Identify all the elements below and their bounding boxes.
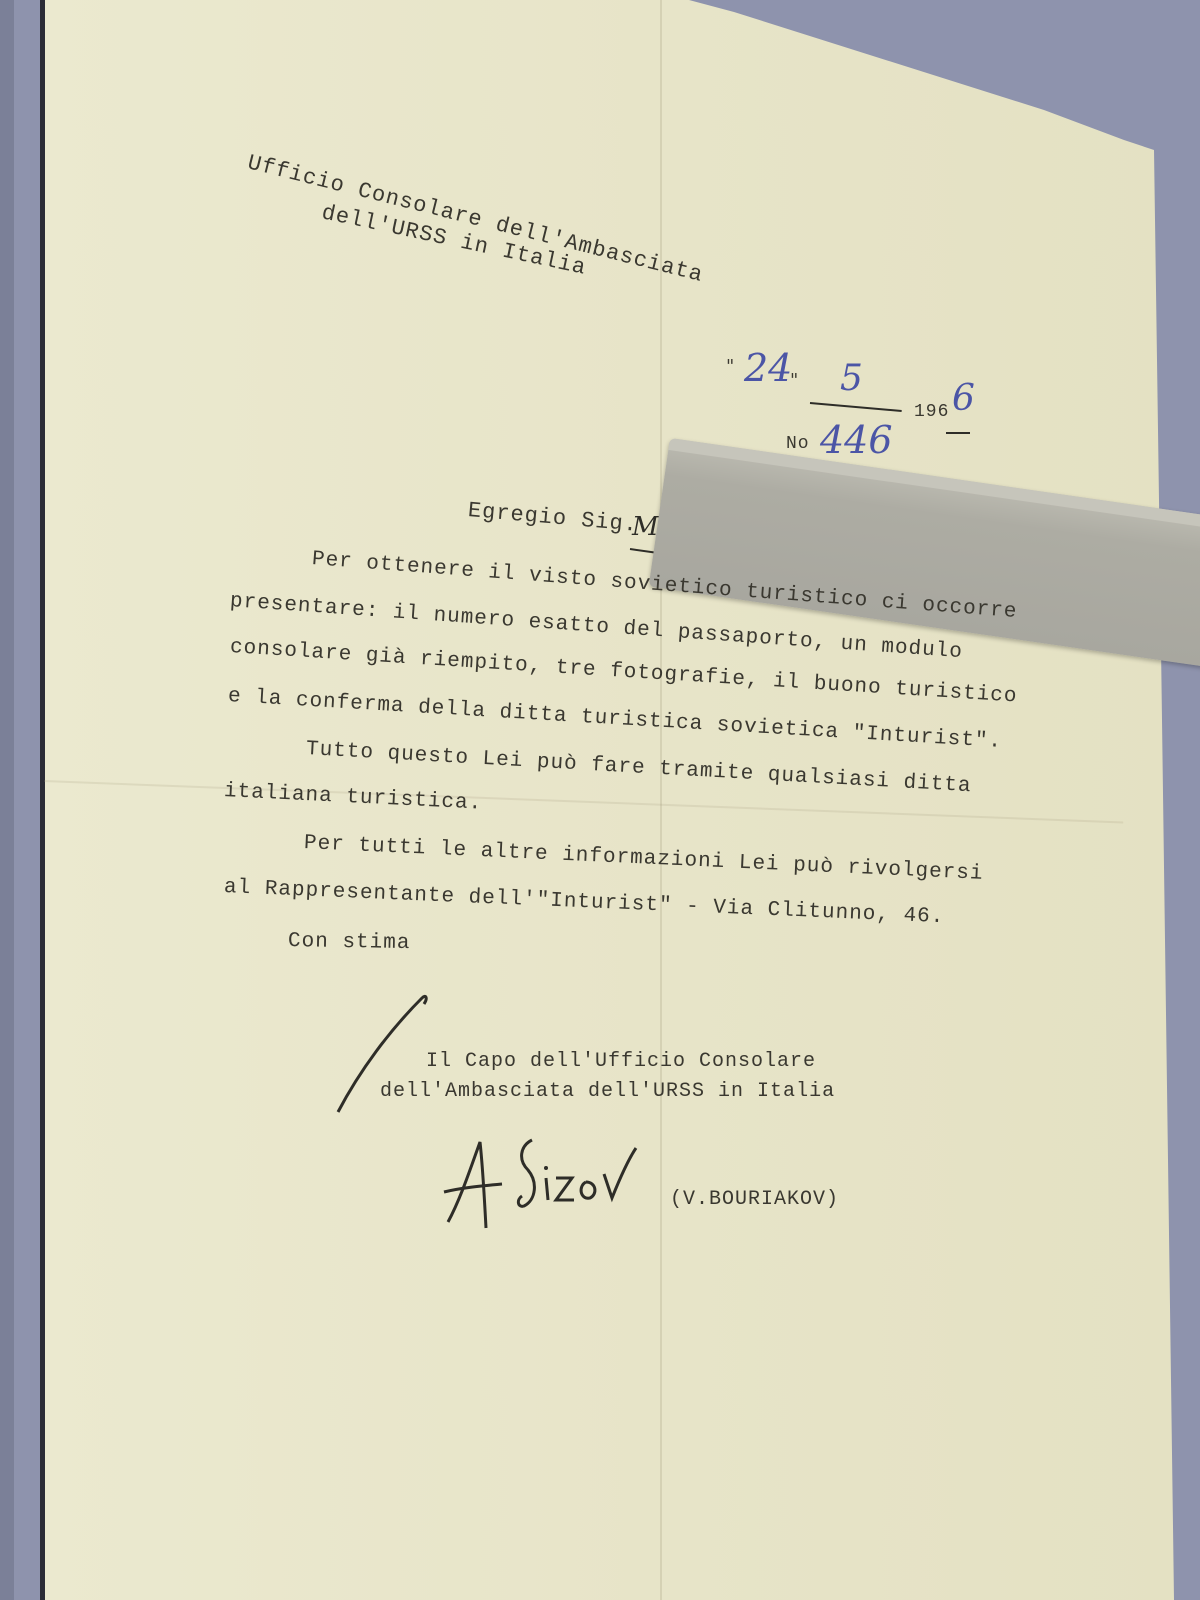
date-day-open-quote: ": [726, 356, 734, 377]
date-day-close-quote: ": [790, 370, 798, 391]
date-year-underline: [946, 432, 970, 434]
number-value: 446: [820, 418, 893, 462]
closing: Con stima: [288, 930, 411, 955]
date-month: 5: [840, 358, 863, 399]
date-year-suffix: 6: [952, 378, 975, 419]
signature-title-line-1: Il Capo dell'Ufficio Consolare: [426, 1050, 816, 1073]
background-edge: [0, 0, 14, 1600]
signature-title-line-2: dell'Ambasciata dell'URSS in Italia: [380, 1080, 835, 1103]
vertical-fold-line: [660, 0, 662, 1600]
typed-signatory-name: (V.BOURIAKOV): [670, 1188, 839, 1211]
date-day: 24: [744, 346, 792, 390]
paper-edge-shadow: [40, 0, 45, 1600]
handwritten-signature: [440, 1130, 650, 1240]
number-label: No: [786, 434, 810, 454]
date-year-prefix: 196: [914, 402, 949, 422]
